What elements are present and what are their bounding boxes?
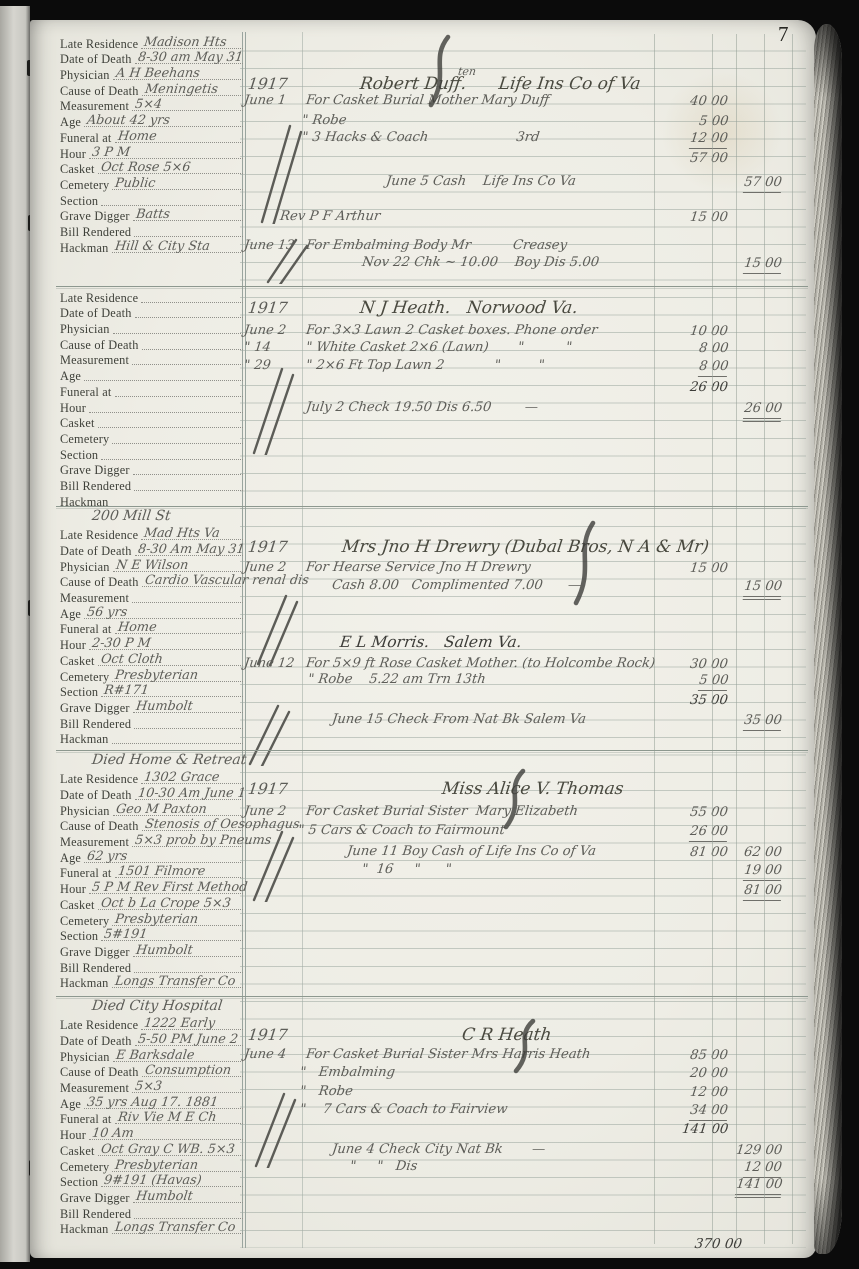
record-note: Died Home & Retreat (91, 752, 247, 768)
credit-amount: 19 00 (720, 861, 782, 881)
dotted-leader: Longs Transfer Co (112, 987, 243, 988)
ledger-line: " 16 " "19 00 (30, 861, 816, 879)
record-separator-line (56, 286, 808, 287)
record-note: Died City Hospital (91, 998, 223, 1014)
credit-amount: 62 00 (720, 843, 782, 862)
dotted-leader (132, 602, 243, 603)
ledger-line: June 4For Casket Burial Sister Mrs Harri… (30, 1046, 816, 1064)
ledger-record: 200 Mill StLate ResidenceMad Hts VaDate … (30, 510, 816, 754)
entry-description: " Embalming (299, 1064, 396, 1082)
money-column-line (712, 34, 713, 1244)
credit-amount: 81 00 (720, 881, 782, 901)
entry-description: " Robe (299, 1083, 354, 1101)
record-note: 200 Mill St (91, 508, 172, 524)
field-value: 5#191 (103, 927, 148, 942)
ledger-line: " 14" White Casket 2×6 (Lawn) " "8 00 (30, 339, 816, 357)
record-separator-line (56, 750, 808, 751)
entry-description: " 16 " " (361, 861, 453, 879)
field-label: Cemetery (60, 432, 109, 447)
form-field-row: Section (60, 447, 244, 463)
debit-amount: 10 00 (652, 322, 728, 341)
debit-amount: 55 00 (652, 803, 728, 822)
debit-amount: 85 00 (652, 1046, 728, 1065)
debit-amount: 12 00 (652, 1083, 728, 1102)
ledger-line: Rev P F Arthur15 00 (30, 208, 816, 226)
pencil-scribble (422, 34, 456, 113)
ledger-line: Cash 8.00 Complimented 7.00 —15 00 (30, 577, 816, 595)
form-field-row: Bill Rendered (60, 478, 244, 494)
entry-date: June 2 (243, 559, 305, 577)
record-year: 1917 (247, 1026, 289, 1044)
record-year: 1917 (247, 538, 289, 556)
debit-amount: 34 00 (652, 1101, 728, 1121)
field-value: Presbyterian (114, 912, 199, 927)
form-field-row: Casket (60, 416, 244, 432)
ledger-record: Died Home & RetreatLate Residence1302 Gr… (30, 754, 816, 1000)
form-field-row: Cemetery (60, 431, 244, 447)
credit-amount: 15 00 (720, 254, 782, 274)
entry-description: " 2×6 Ft Top Lawn 2 " " (305, 357, 546, 375)
debit-amount: 15 00 (652, 559, 728, 578)
ledger-line: 35 00 (30, 691, 816, 709)
field-label: Casket (60, 416, 95, 431)
ink-slash-mark (250, 830, 296, 907)
dotted-leader (134, 1218, 243, 1219)
ink-slash-mark (264, 238, 310, 289)
record-title: Robert Duff. Life Ins Co of Va (359, 75, 642, 93)
ledger-line: June 2For 3×3 Lawn 2 Casket boxes. Phone… (30, 322, 816, 340)
dotted-leader (101, 205, 243, 206)
field-value: 8-30 am May 31 (137, 50, 244, 65)
field-value: Humbolt (135, 943, 194, 958)
dotted-leader (112, 443, 243, 444)
record-title-line: 1917Mrs Jno H Drewry (Dubal Bros, N A & … (30, 538, 816, 556)
form-field-row: Grave DiggerHumbolt (60, 944, 244, 960)
field-label: Section (60, 929, 98, 944)
debit-amount: 81 00 (652, 843, 728, 862)
ledger-line: 57 00 (30, 149, 816, 167)
entry-description: " Robe (301, 112, 348, 130)
entry-description: " " Dis (349, 1158, 418, 1176)
entry-date: June 2 (243, 322, 305, 340)
entry-description: June 4 Check City Nat Bk — (331, 1141, 546, 1159)
dotted-leader: Presbyterian (112, 925, 243, 926)
money-column-line (792, 34, 793, 1244)
dotted-leader (134, 490, 243, 491)
entry-description: June 11 Boy Cash of Life Ins Co of Va (346, 843, 597, 861)
ledger-line: 81 00 (30, 881, 816, 899)
ledger-line: 141 00 (30, 1175, 816, 1193)
dotted-leader: Longs Transfer Co (112, 1233, 243, 1234)
ledger-line: 26 00 (30, 378, 816, 396)
debit-amount: 12 00 (652, 129, 728, 149)
debit-amount: 8 00 (652, 357, 728, 377)
record-separator-line (56, 996, 808, 997)
ink-slash-mark (258, 124, 304, 229)
form-field-row: HackmanLongs Transfer Co (60, 1222, 244, 1238)
form-field-row: Grave Digger (60, 463, 244, 479)
field-label: Hackman (60, 976, 109, 991)
dotted-leader (134, 972, 243, 973)
entry-date: June 4 (243, 1046, 305, 1064)
field-label: Section (60, 194, 98, 209)
dotted-leader: Madison Hts (141, 48, 243, 49)
entry-description: For Casket Burial Sister Mrs Harris Heat… (305, 1046, 592, 1064)
field-label: Grave Digger (60, 463, 130, 478)
credit-amount: 26 00 (720, 399, 782, 422)
record-title-line: 1917Miss Alice V. Thomas (30, 780, 816, 798)
form-field-row: Hackman (60, 732, 244, 748)
ledger-line: " 5 Cars & Coach to Fairmount26 00 (30, 822, 816, 840)
field-label: Grave Digger (60, 945, 130, 960)
ledger-page: 7 Late ResidenceMadison HtsDate of Death… (30, 20, 816, 1258)
debit-amount: 57 00 (652, 149, 728, 168)
ledger-line: July 2 Check 19.50 Dis 6.50 —26 00 (30, 399, 816, 417)
pencil-scribble (507, 1018, 541, 1079)
entry-date: " 14 (243, 339, 305, 357)
entry-description: For Embalming Body Mr Creasey (305, 237, 568, 255)
debit-amount: 5 00 (652, 671, 728, 691)
dotted-leader (133, 474, 243, 475)
field-label: Cemetery (60, 914, 109, 929)
field-label: Late Residence (60, 37, 138, 52)
ledger-line: June 13For Embalming Body Mr Creasey (30, 237, 816, 255)
entry-description: For Hearse Service Jno H Drewry (305, 559, 532, 577)
credit-amount: 15 00 (720, 577, 782, 600)
ink-slash-mark (252, 1092, 298, 1173)
dotted-leader (101, 459, 243, 460)
dotted-leader: 56 yrs (84, 618, 243, 619)
credit-amount: 57 00 (720, 173, 782, 193)
debit-amount: 40 00 (652, 92, 728, 111)
ledger-photo: 7 Late ResidenceMadison HtsDate of Death… (0, 0, 859, 1269)
field-label: Casket (60, 898, 95, 913)
form-field-row: HackmanLongs Transfer Co (60, 976, 244, 992)
entry-description: " Robe 5.22 am Trn 13th (307, 671, 487, 689)
ledger-line: 141 00 (30, 1120, 816, 1138)
ledger-line: June 4 Check City Nat Bk —129 00 (30, 1141, 816, 1159)
ledger-record: Died City HospitalLate Residence1222 Ear… (30, 1000, 816, 1258)
pencil-scribble (497, 768, 531, 835)
record-year: 1917 (247, 299, 289, 317)
debit-amount: 8 00 (652, 339, 728, 358)
ledger-line: " Embalming20 00 (30, 1064, 816, 1082)
entry-description: " 5 Cars & Coach to Fairmount (297, 822, 506, 840)
grand-total: 370 00 (661, 1236, 743, 1252)
entry-description: For 3×3 Lawn 2 Casket boxes. Phone order (305, 322, 599, 340)
form-field-row: CasketOct b La Crope 5×3 (60, 897, 244, 913)
ledger-line: " Robe 5.22 am Trn 13th5 00 (30, 671, 816, 689)
field-label: Hackman (60, 732, 109, 747)
record-year: 1917 (247, 75, 289, 93)
ledger-line: " Robe5 00 (30, 112, 816, 130)
debit-amount: 26 00 (652, 378, 728, 397)
debit-amount: 141 00 (652, 1120, 728, 1139)
money-column-line (764, 34, 765, 1244)
debit-amount: 15 00 (652, 208, 728, 227)
record-year: 1917 (247, 780, 289, 798)
ledger-line: E L Morris. Salem Va. (30, 633, 816, 651)
record-title-line: 1917N J Heath. Norwood Va. (30, 299, 816, 317)
money-column-line (654, 34, 655, 1244)
debit-amount: 35 00 (652, 691, 728, 710)
debit-amount: 5 00 (652, 112, 728, 131)
field-label: Age (60, 607, 81, 622)
ledger-line: June 15 Check From Nat Bk Salem Va35 00 (30, 711, 816, 729)
entry-description: " 7 Cars & Coach to Fairview (299, 1101, 509, 1119)
dotted-leader (115, 396, 243, 397)
credit-amount: 35 00 (720, 711, 782, 731)
debit-amount: 26 00 (652, 822, 728, 842)
ledger-line: June 5 Cash Life Ins Co Va57 00 (30, 173, 816, 191)
field-label: Section (60, 448, 98, 463)
field-value: 56 yrs (86, 605, 128, 620)
dotted-leader: Humbolt (133, 1202, 243, 1203)
dotted-leader: 8-30 am May 31 (135, 63, 243, 64)
ink-slash-mark (250, 367, 296, 460)
previous-page-edge (0, 6, 30, 1262)
field-value: Madison Hts (143, 35, 227, 50)
ledger-line: " 7 Cars & Coach to Fairview34 00 (30, 1101, 816, 1119)
ledger-line: " " Dis12 00 (30, 1158, 816, 1176)
record-title-line: 1917C R Heath (30, 1026, 816, 1044)
dotted-leader: Humbolt (133, 956, 243, 957)
ledger-line: Nov 22 Chk ~ 10.00 Boy Dis 5.0015 00 (30, 254, 816, 272)
entry-description: Nov 22 Chk ~ 10.00 Boy Dis 5.00 (361, 254, 600, 272)
entry-description: For Casket Burial Sister Mary Elizabeth (305, 803, 579, 821)
entry-description: " 3 Hacks & Coach 3rd (301, 129, 541, 147)
entry-description: July 2 Check 19.50 Dis 6.50 — (305, 399, 539, 417)
ledger-line: " 29" 2×6 Ft Top Lawn 2 " "8 00 (30, 357, 816, 375)
title-annotation: ten (457, 63, 477, 81)
entry-date: June 2 (243, 803, 305, 821)
ledger-line: " Robe12 00 (30, 1083, 816, 1101)
debit-amount: 20 00 (652, 1064, 728, 1083)
dotted-leader (98, 427, 243, 428)
dotted-leader: 5#191 (101, 940, 243, 941)
dotted-leader: 10-30 Am June 1 (135, 799, 243, 800)
ledger-line: June 11 Boy Cash of Life Ins Co of Va81 … (30, 843, 816, 861)
entry-description: E L Morris. Salem Va. (339, 633, 523, 651)
form-field-row: CemeteryPresbyterian (60, 913, 244, 929)
ink-slash-mark (254, 594, 300, 671)
credit-amount: 141 00 (720, 1175, 782, 1198)
dotted-leader (112, 743, 243, 744)
entry-description: " White Casket 2×6 (Lawn) " " (305, 339, 573, 357)
record-title: Miss Alice V. Thomas (441, 780, 625, 798)
record-separator-line (56, 506, 808, 507)
pencil-scribble (567, 520, 601, 611)
entry-description: June 5 Cash Life Ins Co Va (385, 173, 577, 191)
book-page-edges (814, 24, 842, 1254)
ledger-line: " 3 Hacks & Coach 3rd12 00 (30, 129, 816, 147)
field-label: Hackman (60, 1222, 109, 1237)
record-title: N J Heath. Norwood Va. (359, 299, 579, 317)
dotted-leader (135, 317, 243, 318)
dotted-leader: Oct b La Crope 5×3 (98, 909, 243, 910)
money-column-line (736, 34, 737, 1244)
field-value: Longs Transfer Co (114, 974, 236, 989)
field-label: Bill Rendered (60, 479, 131, 494)
ledger-record: Late ResidenceDate of DeathPhysicianCaus… (30, 290, 816, 510)
entry-description: June 15 Check From Nat Bk Salem Va (331, 711, 587, 729)
ledger-line: June 2For Hearse Service Jno H Drewry15 … (30, 559, 816, 577)
ledger-line: June 2For Casket Burial Sister Mary Eliz… (30, 803, 816, 821)
form-field-row: Section5#191 (60, 929, 244, 945)
entry-date: June 1 (243, 92, 305, 110)
entry-description: Cash 8.00 Complimented 7.00 — (331, 577, 582, 595)
field-value: Longs Transfer Co (114, 1220, 236, 1235)
